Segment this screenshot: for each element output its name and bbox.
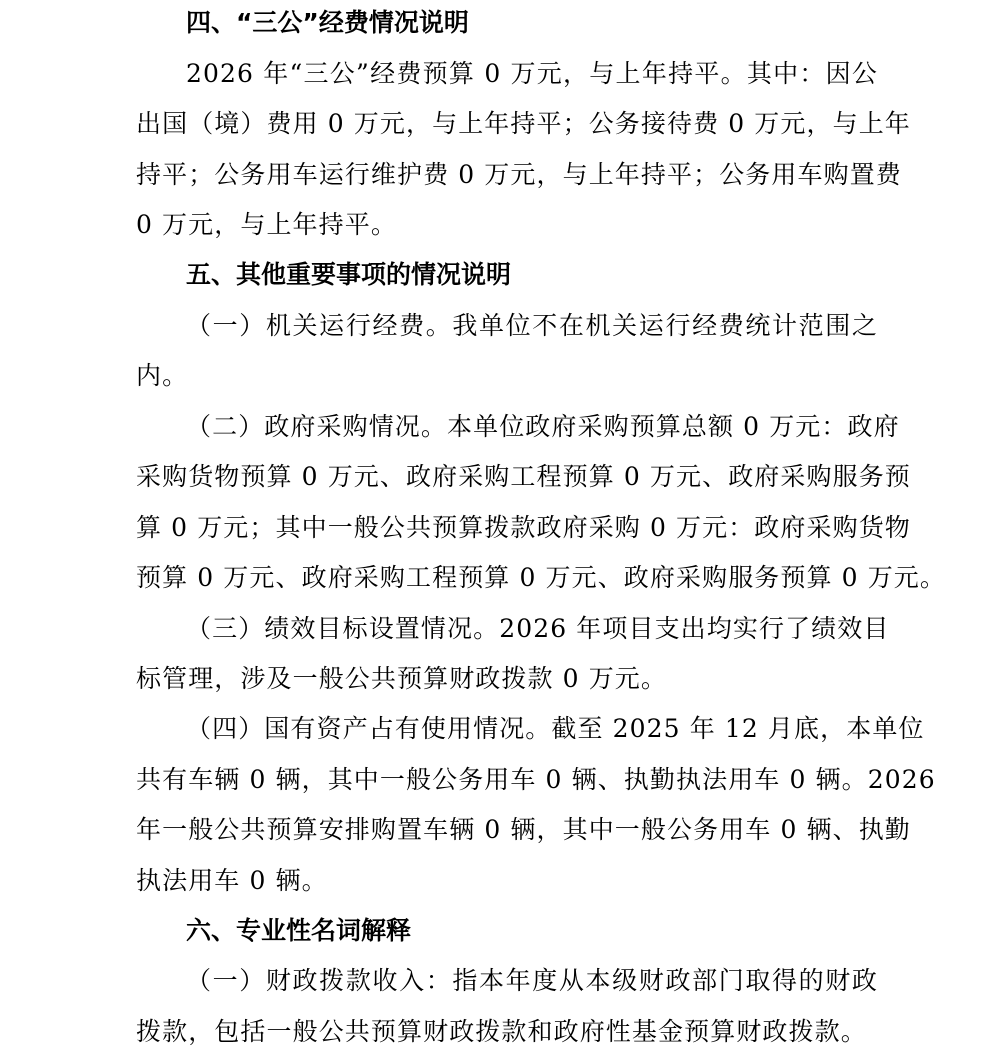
paragraph-line: 0 万元，与上年持平。: [136, 210, 878, 240]
paragraph-line: （一）机关运行经费。我单位不在机关运行经费统计范围之: [186, 311, 878, 341]
paragraph-line: （一）财政拨款收入：指本年度从本级财政部门取得的财政: [186, 966, 878, 996]
paragraph-line: 出国（境）费用 0 万元，与上年持平；公务接待费 0 万元，与上年: [136, 109, 878, 139]
paragraph-line: 共有车辆 0 辆，其中一般公务用车 0 辆、执勤执法用车 0 辆。2026: [136, 765, 878, 795]
paragraph-line: 预算 0 万元、政府采购工程预算 0 万元、政府采购服务预算 0 万元。: [136, 563, 878, 593]
section-heading-glossary: 六、专业性名词解释: [186, 916, 928, 946]
paragraph-line: 标管理，涉及一般公共预算财政拨款 0 万元。: [136, 664, 878, 694]
paragraph-line: （四）国有资产占有使用情况。截至 2025 年 12 月底，本单位: [186, 714, 878, 744]
paragraph-line: 采购货物预算 0 万元、政府采购工程预算 0 万元、政府采购服务预: [136, 462, 878, 492]
section-heading-other-matters: 五、其他重要事项的情况说明: [186, 260, 928, 290]
paragraph-line: 执法用车 0 辆。: [136, 866, 878, 896]
paragraph-line: （三）绩效目标设置情况。2026 年项目支出均实行了绩效目: [186, 614, 878, 644]
paragraph-line: 算 0 万元；其中一般公共预算拨款政府采购 0 万元：政府采购货物: [136, 513, 878, 543]
document-page: 四、“三公”经费情况说明 2026 年“三公”经费预算 0 万元，与上年持平。其…: [0, 0, 1000, 1053]
paragraph-line: 持平；公务用车运行维护费 0 万元，与上年持平；公务用车购置费: [136, 160, 878, 190]
paragraph-line: 内。: [136, 361, 878, 391]
paragraph-line: （二）政府采购情况。本单位政府采购预算总额 0 万元：政府: [186, 412, 878, 442]
paragraph-line: 拨款，包括一般公共预算财政拨款和政府性基金预算财政拨款。: [136, 1017, 878, 1047]
paragraph-line: 2026 年“三公”经费预算 0 万元，与上年持平。其中：因公: [186, 59, 878, 89]
paragraph-line: 年一般公共预算安排购置车辆 0 辆，其中一般公务用车 0 辆、执勤: [136, 815, 878, 845]
section-heading-three-public-expenses: 四、“三公”经费情况说明: [186, 8, 928, 38]
